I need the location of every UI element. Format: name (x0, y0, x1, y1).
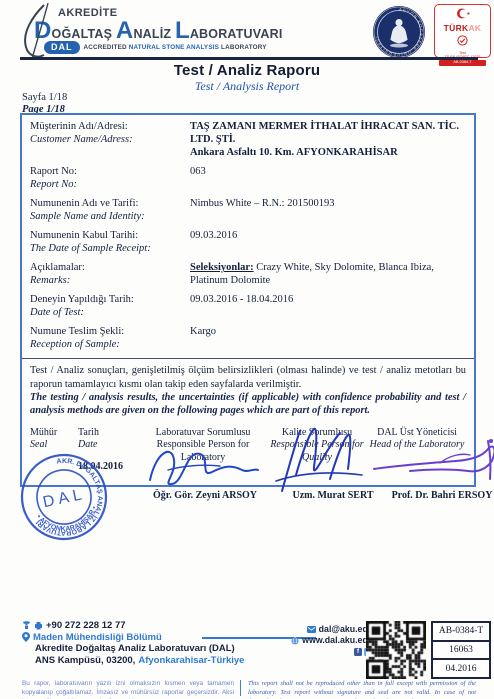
footer: +90 272 228 12 77 Maden Mühendisliği Böl… (22, 620, 472, 666)
logo-word2: NALİZ (133, 27, 171, 41)
field-value: Nimbus White – R.N.: 201500193 (190, 198, 466, 224)
label-en: Customer Name/Adress: (30, 134, 190, 147)
remarks-value: Seleksiyonlar: Crazy White, Sky Dolomite… (190, 262, 466, 288)
logo-sub-laboratory: LABORATORY (221, 44, 267, 51)
facebook-icon: f (354, 648, 362, 656)
report-info-box: Müşterinin Adı/Adresi: Customer Name/Adr… (20, 113, 476, 487)
field-customer: Müşterinin Adı/Adresi: Customer Name/Adr… (30, 121, 466, 159)
label-en: Reception of Sample: (30, 339, 190, 352)
location-pin-icon (22, 632, 30, 642)
fineprint-english: This report shall not be reproduced othe… (248, 679, 476, 699)
field-label: Raport No: Report No: (30, 166, 190, 192)
field-value: 09.03.2016 (190, 230, 466, 256)
footer-address-city: Afyonkarahisar-Türkiye (138, 655, 244, 667)
test-date-value: 09.03.2016 - 18.04.2016 (190, 294, 466, 307)
field-label: Numunenin Kabul Tarihi: The Date of Samp… (30, 230, 190, 256)
lab-signatory-name: Öğr. Gör. Zeyni ARSOY (135, 490, 275, 501)
turkak-name: TÜRKAK (435, 24, 490, 33)
signature-section: Mühür Seal Tarih Date Laboratuvar Soruml… (30, 427, 466, 537)
head-signatory-name: Prof. Dr. Bahri ERSOY (382, 490, 494, 501)
footer-department: Maden Mühendisliği Bölümü (33, 632, 162, 644)
field-delivery: Numune Teslim Şekli: Reception of Sample… (30, 326, 466, 352)
field-receipt-date: Numunenin Kabul Tarihi: The Date of Samp… (30, 230, 466, 256)
field-value: Seleksiyonlar: Crazy White, Sky Dolomite… (190, 262, 466, 288)
lab-label-tr: Laboratuvar Sorumlusu (140, 427, 266, 440)
label-tr: Numunenin Adı ve Tarifi: (30, 198, 190, 211)
logo-word3: ABORATUVARI (190, 27, 283, 41)
report-no-value: 063 (190, 166, 466, 179)
turkak-crescent-icon (455, 8, 471, 19)
results-note-tr: Test / Analiz sonuçları, genişletilmiş ö… (30, 365, 466, 389)
logo-sub-natural-stone: NATURAL STONE ANALYSIS (129, 44, 221, 51)
receipt-date-value: 09.03.2016 (190, 230, 466, 243)
results-note: Test / Analiz sonuçları, genişletilmiş ö… (30, 364, 466, 417)
section-divider (22, 358, 474, 359)
fineprint-turkish: Bu rapor, laboratuvarın yazılı izni olma… (22, 679, 234, 699)
label-tr: Müşterinin Adı/Adresi: (30, 121, 190, 134)
logo-sub-accredited: ACCREDITED (84, 44, 129, 51)
field-value: Kargo (190, 326, 466, 352)
fineprint-divider (240, 680, 241, 696)
dal-logo: AKREDİTE DOĞALTAŞ ANALİZ LABORATUVARI DA… (22, 7, 272, 54)
head-signature-icon (370, 435, 494, 493)
field-label: Açıklamalar: Remarks: (30, 262, 190, 288)
accreditation-number: AB-0384-T (433, 623, 489, 642)
stamp-center-text: DAL (41, 485, 87, 511)
report-page: AKREDİTE DOĞALTAŞ ANALİZ LABORATUVARI DA… (0, 0, 494, 699)
date-label-tr: Tarih (78, 427, 140, 440)
label-en: The Date of Sample Receipt: (30, 243, 190, 256)
label-en: Date of Test: (30, 307, 190, 320)
field-test-date: Deneyin Yapıldığı Tarih: Date of Test: 0… (30, 294, 466, 320)
quality-signature-icon (270, 423, 370, 495)
logo-english-subtitle: ACCREDITED NATURAL STONE ANALYSIS LABORA… (84, 44, 267, 51)
results-note-en: The testing / analysis results, the unce… (30, 391, 466, 418)
document-subtitle: Test / Analysis Report (0, 79, 494, 94)
field-label: Müşterinin Adı/Adresi: Customer Name/Adr… (30, 121, 190, 159)
footer-phone: +90 272 228 12 77 (46, 620, 126, 632)
label-tr: Deneyin Yapıldığı Tarih: (30, 294, 190, 307)
field-remarks: Açıklamalar: Remarks: Seleksiyonlar: Cra… (30, 262, 466, 288)
accreditation-info-box: AB-0384-T 16063 04.2016 (431, 621, 491, 679)
logo-swoosh-icon (14, 3, 74, 61)
seal-label-tr: Mühür (30, 427, 78, 440)
selections-prefix: Seleksiyonlar: (190, 262, 254, 273)
turkak-name-dark: TÜRK (444, 23, 469, 33)
label-tr: Raport No: (30, 166, 190, 179)
footer-lab-name: Akredite Doğaltaş Analiz Laboratuvarı (D… (35, 643, 235, 655)
field-value: 09.03.2016 - 18.04.2016 (190, 294, 466, 320)
turkak-name-light: AK (468, 23, 481, 33)
field-sample-name: Numunenin Adı ve Tarifi: Sample Name and… (30, 198, 466, 224)
page-number-tr: Sayfa 1/18 (22, 92, 67, 104)
fax-icon (34, 621, 43, 630)
report-month: 04.2016 (433, 660, 489, 677)
label-en: Report No: (30, 179, 190, 192)
email-icon (307, 626, 316, 633)
field-value: 063 (190, 166, 466, 192)
university-seal-icon: AFYON KOCATEPE ÜNİVERSİTESİ (372, 5, 426, 59)
label-tr: Numunenin Kabul Tarihi: (30, 230, 190, 243)
phone-icon (22, 621, 31, 630)
document-title: Test / Analiz Raporu (0, 62, 494, 79)
dal-stamp-icon: AKR. DOĞALTAŞ ANALİZ LABORATUVARI • AFYO… (7, 440, 121, 554)
customer-address: Ankara Asfaltı 10. Km. AFYONKARAHİSAR (190, 147, 466, 160)
field-label: Numune Teslim Şekli: Reception of Sample… (30, 326, 190, 352)
delivery-value: Kargo (190, 326, 466, 339)
customer-name: TAŞ ZAMANI MERMER İTHALAT İHRACAT SAN. T… (190, 121, 466, 147)
logo-big-l: L (175, 17, 190, 44)
lab-signature-icon (142, 440, 262, 492)
qr-code (366, 621, 426, 679)
field-label: Deneyin Yapıldığı Tarih: Date of Test: (30, 294, 190, 320)
footer-address-campus: ANS Kampüsü, 03200, (35, 655, 135, 667)
field-label: Numunenin Adı ve Tarifi: Sample Name and… (30, 198, 190, 224)
turkak-logo: TÜRKAK Test TS EN ISO/IEC 17025 AB-0384-… (434, 4, 491, 58)
label-tr: Açıklamalar: (30, 262, 190, 275)
label-en: Remarks: (30, 275, 190, 288)
label-en: Sample Name and Identity: (30, 211, 190, 224)
sample-name-value: Nimbus White – R.N.: 201500193 (190, 198, 466, 211)
report-code: 16063 (433, 642, 489, 661)
globe-icon (291, 637, 299, 645)
header-divider (20, 57, 478, 60)
field-report-no: Raport No: Report No: 063 (30, 166, 466, 192)
logo-big-a: A (116, 17, 134, 44)
field-value: TAŞ ZAMANI MERMER İTHALAT İHRACAT SAN. T… (190, 121, 466, 159)
quality-signatory-name: Uzm. Murat SERT (278, 490, 388, 501)
label-tr: Numune Teslim Şekli: (30, 326, 190, 339)
turkak-check-icon (457, 35, 468, 46)
